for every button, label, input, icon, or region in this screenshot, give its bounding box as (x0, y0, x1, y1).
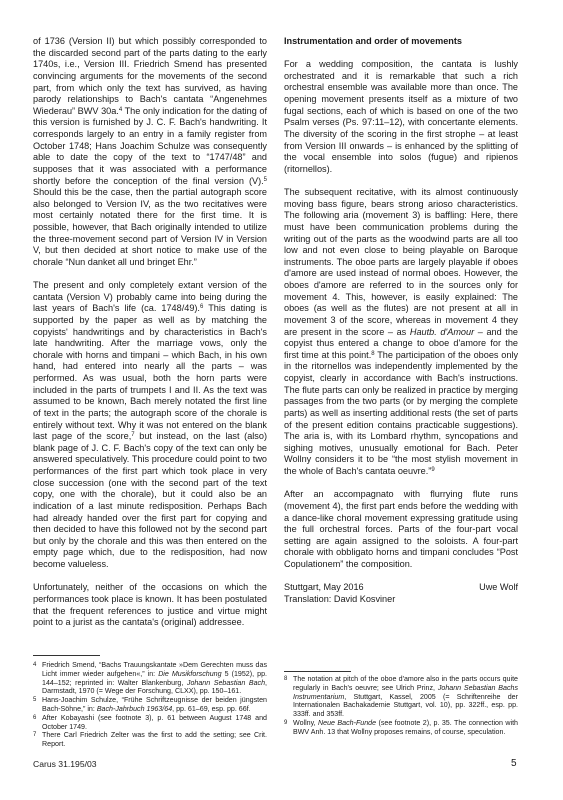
paragraph-version-v: The present and only completely extant v… (33, 280, 267, 571)
footnote-number: 7 (33, 731, 42, 749)
footnote-divider (284, 671, 351, 672)
italic-title: Die Musikforschung (158, 670, 221, 678)
text: Unfortunately, neither of the occasions … (33, 582, 267, 627)
footnotes-left: 4 Friedrich Smend, “Bachs Trauungskantat… (33, 661, 267, 749)
footnote-number: 9 (284, 719, 293, 737)
footnote-4: 4 Friedrich Smend, “Bachs Trauungskantat… (33, 661, 267, 696)
footnote-text: Hans-Joachim Schulze, “Frühe Schriftzeug… (42, 696, 267, 714)
footnote-number: 6 (33, 714, 42, 732)
signature-line: Stuttgart, May 2016 Uwe Wolf (284, 582, 518, 594)
author-name: Uwe Wolf (479, 582, 518, 594)
paragraph-recitative-aria: The subsequent recitative, with its almo… (284, 187, 518, 478)
catalog-number: Carus 31.195/03 (33, 759, 97, 769)
footnote-text: After Kobayashi (see footnote 3), p. 61 … (42, 714, 267, 732)
place-date: Stuttgart, May 2016 (284, 582, 364, 594)
paragraph-version-iv: of 1736 (Version II) but which possibly … (33, 36, 267, 269)
text: , pp. 61–69, esp. pp. 66f. (172, 705, 251, 713)
text: Wollny, (293, 719, 318, 727)
page-number: 5 (511, 758, 517, 769)
translator-credit: Translation: David Kosviner (284, 594, 518, 606)
section-heading: Instrumentation and order of movements (284, 36, 518, 48)
text: The only indication for the dating of th… (33, 106, 267, 186)
footnote-text: Friedrich Smend, “Bachs Trauungskantate … (42, 661, 267, 696)
footnote-text: Wollny, Neue Bach-Funde (see footnote 2)… (293, 719, 518, 737)
footnote-ref-9[interactable]: 9 (431, 467, 434, 473)
footnote-number: 8 (284, 675, 293, 719)
footnote-text: There Carl Friedrich Zelter was the firs… (42, 731, 267, 749)
footnote-divider (33, 655, 100, 656)
italic-title: Bach-Jahrbuch 1963/64 (97, 705, 172, 713)
footnote-8: 8 The notation at pitch of the oboe d'am… (284, 675, 518, 719)
italic-title: Johann Sebastian Bach (187, 679, 265, 687)
footnote-5: 5 Hans-Joachim Schulze, “Frühe Schriftze… (33, 696, 267, 714)
italic-title: Neue Bach-Funde (318, 719, 376, 727)
footnote-6: 6 After Kobayashi (see footnote 3), p. 6… (33, 714, 267, 732)
text: but instead, on the last (also) blank pa… (33, 431, 267, 569)
text: The participation of the oboes only in t… (284, 350, 518, 476)
italic-term: Hautb. d'Amour (410, 327, 474, 337)
footnote-ref-5[interactable]: 5 (264, 177, 267, 183)
right-text-column: Instrumentation and order of movements F… (284, 36, 518, 617)
footnote-text: The notation at pitch of the oboe d'amor… (293, 675, 518, 719)
footnote-number: 4 (33, 661, 42, 696)
footnote-7: 7 There Carl Friedrich Zelter was the fi… (33, 731, 267, 749)
paragraph-accompagnato: After an accompagnato with flurrying flu… (284, 489, 518, 570)
text: This dating is supported by the paper as… (33, 303, 267, 441)
footnotes-right: 8 The notation at pitch of the oboe d'am… (284, 675, 518, 737)
footnote-number: 5 (33, 696, 42, 714)
paragraph-orchestration: For a wedding composition, the cantata i… (284, 59, 518, 175)
text: The subsequent recitative, with its almo… (284, 187, 518, 337)
paragraph-occasions: Unfortunately, neither of the occasions … (33, 582, 267, 629)
left-text-column: of 1736 (Version II) but which possibly … (33, 36, 267, 640)
footnote-9: 9 Wollny, Neue Bach-Funde (see footnote … (284, 719, 518, 737)
text: of 1736 (Version II) but which possibly … (33, 36, 267, 116)
text: Should this be the case, then the partia… (33, 187, 267, 267)
